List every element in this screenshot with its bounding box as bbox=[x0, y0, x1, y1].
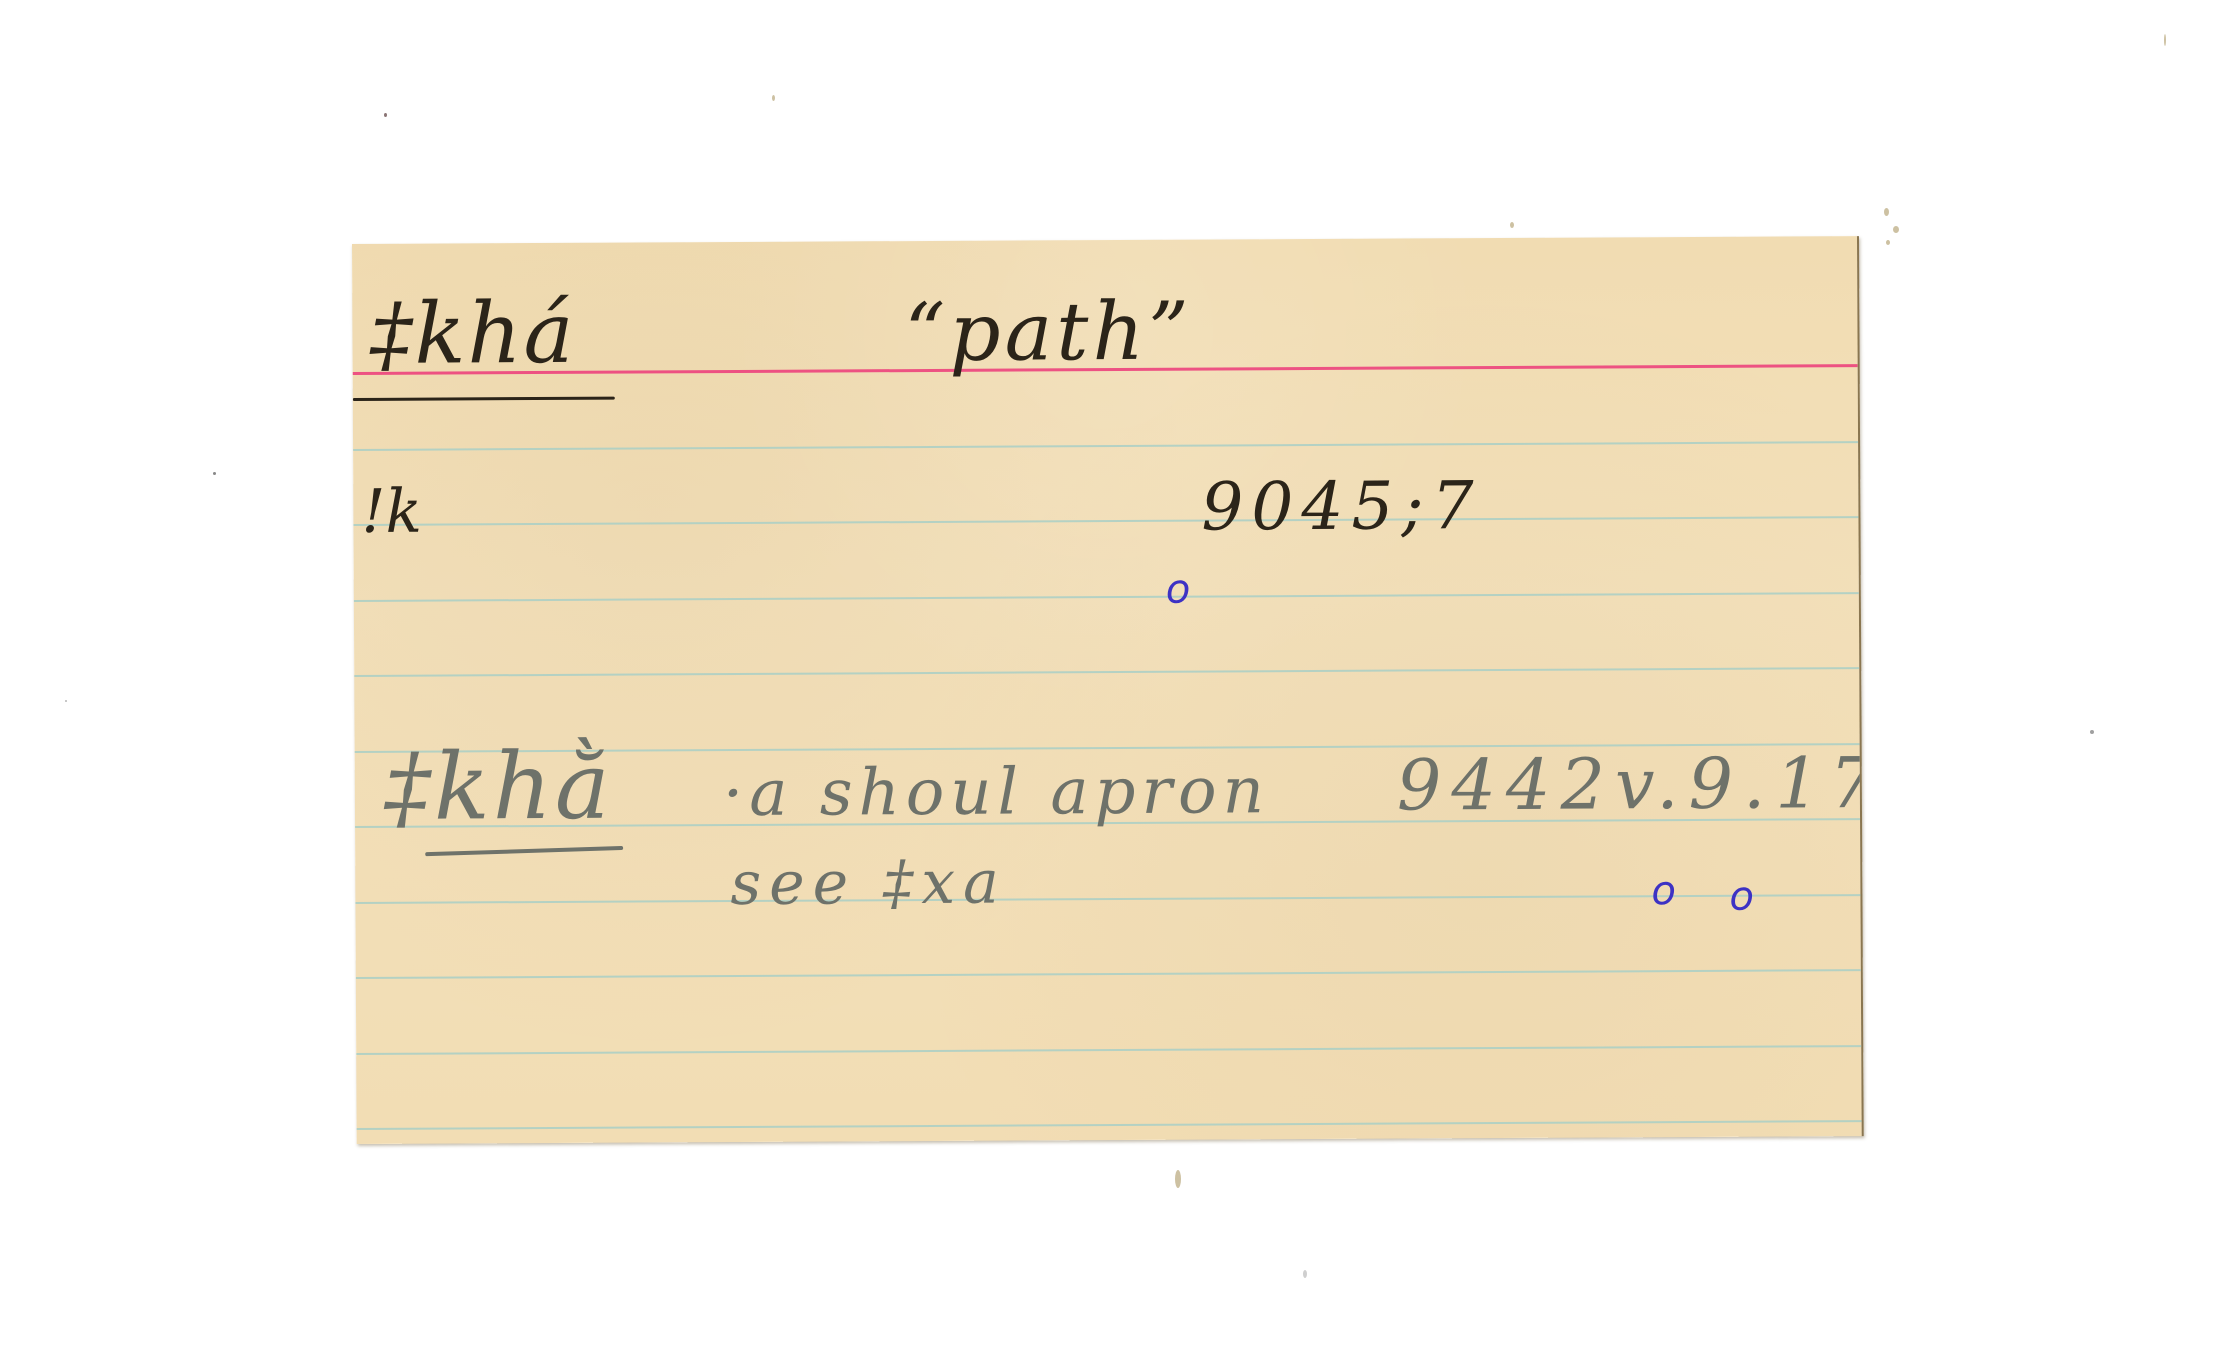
check-mark-2a: o bbox=[1651, 871, 1676, 911]
scan-speck bbox=[384, 113, 387, 117]
scan-speck bbox=[2164, 34, 2166, 46]
scan-speck bbox=[1886, 240, 1890, 245]
scan-speck bbox=[1893, 226, 1899, 233]
body-rule bbox=[353, 516, 1858, 526]
source-code: !k bbox=[361, 482, 422, 542]
index-card: ‡khá “path” !k 9045;7 o ‡khằ ·a shoul ap… bbox=[352, 236, 1864, 1144]
scan-speck bbox=[1175, 1170, 1181, 1188]
headword-1-underline bbox=[353, 397, 615, 401]
body-rule bbox=[353, 441, 1858, 451]
body-rule bbox=[354, 667, 1859, 677]
body-rule bbox=[355, 894, 1860, 904]
cross-reference: see ‡xa bbox=[730, 853, 1007, 914]
body-rule bbox=[357, 1120, 1862, 1130]
reference-1: 9045;7 bbox=[1201, 473, 1482, 540]
scan-speck bbox=[2090, 730, 2094, 734]
body-rule bbox=[354, 592, 1859, 602]
scan-speck bbox=[1510, 222, 1514, 228]
scan-speck bbox=[65, 700, 67, 702]
headword-2-underline bbox=[425, 846, 623, 856]
check-mark-2b: o bbox=[1729, 877, 1754, 917]
scan-speck bbox=[213, 472, 216, 475]
headword-2: ‡khằ bbox=[385, 741, 613, 834]
scan-speck bbox=[1303, 1270, 1307, 1278]
reference-2: 9442v.9.17 bbox=[1397, 748, 1864, 821]
body-rule bbox=[356, 969, 1861, 979]
gloss-1: “path” bbox=[904, 292, 1193, 374]
headword-1: ‡khá bbox=[370, 291, 576, 376]
scan-speck bbox=[772, 95, 775, 101]
scan-speck bbox=[1884, 208, 1889, 216]
body-rule bbox=[356, 1045, 1861, 1055]
check-mark-1: o bbox=[1166, 570, 1191, 610]
definition-2: ·a shoul apron bbox=[723, 759, 1270, 826]
